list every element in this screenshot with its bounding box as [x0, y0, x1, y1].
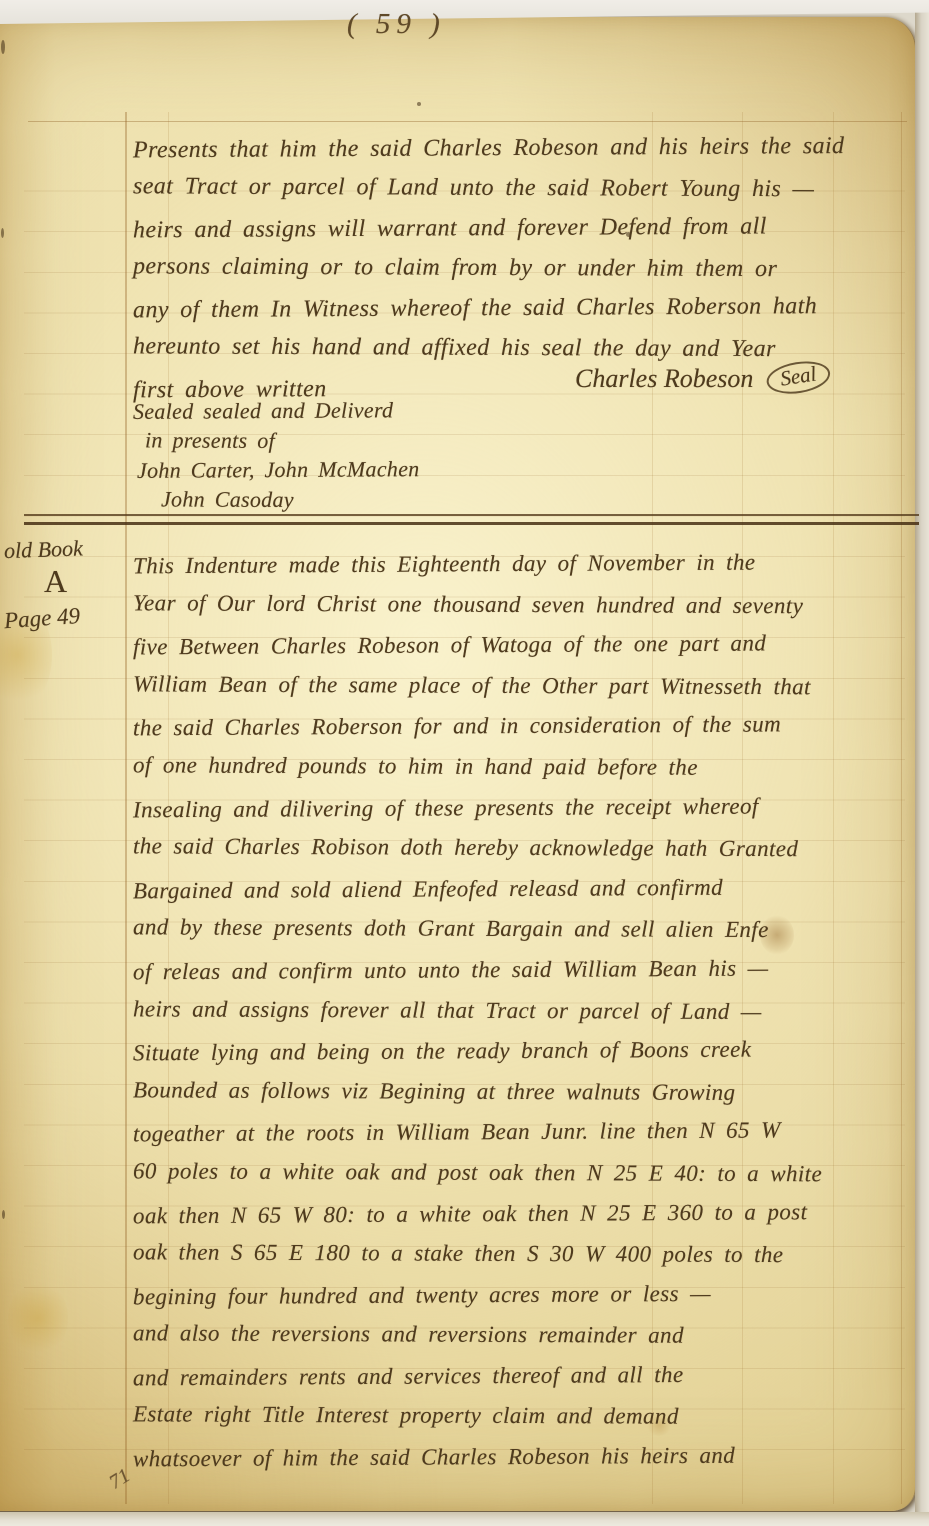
manuscript-line: and by these presents doth Grant Bargain…: [133, 908, 905, 952]
manuscript-line: William Bean of the same place of the Ot…: [133, 664, 905, 708]
margin-note: old Book A Page 49: [4, 534, 126, 632]
witness-name: John Casoday: [161, 484, 420, 515]
manuscript-line: Bounded as follows viz Begining at three…: [133, 1070, 905, 1114]
ledger-margin-rule: [125, 112, 127, 1504]
attestation-line: in presents of: [145, 425, 420, 456]
manuscript-line: heirs and assigns will warrant and forev…: [133, 206, 901, 251]
manuscript-line: persons claiming or to claim from by or …: [133, 246, 901, 289]
book-binding-edge: [915, 0, 929, 1526]
margin-note-book: old Book: [4, 532, 127, 566]
scan-bottom-edge: [0, 1512, 929, 1526]
manuscript-line: the said Charles Robison doth hereby ack…: [133, 826, 905, 870]
manuscript-line: oak then N 65 W 80: to a white oak then …: [133, 1191, 905, 1236]
manuscript-line: 60 poles to a white oak and post oak the…: [133, 1151, 905, 1195]
manuscript-line: five Between Charles Robeson of Watoga o…: [133, 623, 905, 668]
manuscript-line: and remainders rents and services thereo…: [133, 1354, 905, 1399]
manuscript-line: Bargained and sold aliend Enfeofed relea…: [133, 866, 905, 911]
manuscript-line: Insealing and dilivering of these presen…: [133, 785, 905, 830]
ledger-rule-horizontal: [28, 121, 907, 122]
manuscript-line: of releas and confirm unto unto the said…: [133, 948, 905, 993]
entry-divider-rule: [24, 514, 919, 525]
scan-edge-mark: [2, 1210, 5, 1219]
seal-flourish: Seal: [765, 357, 833, 398]
manuscript-line: Year of Our lord Christ one thousand sev…: [133, 583, 905, 627]
manuscript-line: Presents that him the said Charles Robes…: [133, 126, 901, 171]
manuscript-line: any of them In Witness whereof the said …: [133, 286, 901, 331]
manuscript-line: This Indenture made this Eighteenth day …: [133, 542, 905, 587]
manuscript-line: the said Charles Roberson for and in con…: [133, 704, 905, 749]
manuscript-line: heirs and assigns forever all that Tract…: [133, 989, 905, 1033]
manuscript-line: Estate right Title Interest property cla…: [133, 1395, 905, 1439]
manuscript-line: oak then S 65 E 180 to a stake then S 30…: [133, 1232, 905, 1276]
margin-note-page-ref: Page 49: [3, 598, 127, 636]
attestation-block: Sealed sealed and Deliverd in presents o…: [133, 396, 420, 514]
scan-edge-mark: [1, 40, 5, 54]
manuscript-line: togeather at the roots in William Bean J…: [133, 1110, 905, 1155]
indenture-text: This Indenture made this Eighteenth day …: [133, 544, 905, 1478]
ink-speck: [417, 102, 421, 106]
manuscript-line: whatsoever of him the said Charles Robes…: [133, 1435, 905, 1480]
manuscript-line: of one hundred pounds to him in hand pai…: [133, 745, 905, 789]
deed-book-scan: ( 59 ) Presents that him the said Charle…: [0, 0, 929, 1526]
manuscript-line: begining four hundred and twenty acres m…: [133, 1272, 905, 1317]
margin-note-volume: A: [44, 566, 126, 596]
signature-row: Charles RobesonSeal: [575, 364, 832, 397]
manuscript-line: Situate lying and being on the ready bra…: [133, 1029, 905, 1074]
page-number: ( 59 ): [347, 8, 446, 41]
grantor-signature: Charles Robeson: [575, 364, 753, 393]
manuscript-line: seat Tract or parcel of Land unto the sa…: [133, 166, 901, 209]
scan-edge-mark: [1, 228, 4, 238]
attestation-line: Sealed sealed and Deliverd: [133, 395, 420, 426]
witness-names: John Carter, John McMachen: [137, 454, 420, 485]
manuscript-line: and also the reversions and reversions r…: [133, 1314, 905, 1358]
